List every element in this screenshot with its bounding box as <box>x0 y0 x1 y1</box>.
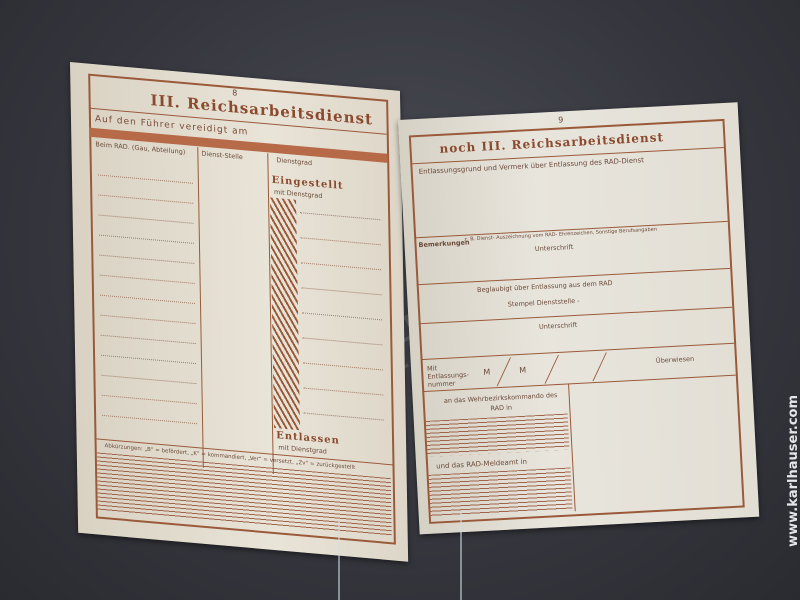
acrylic-stand-right <box>460 512 462 600</box>
left-page-number: 8 <box>232 88 237 97</box>
photo-scene: KARLHAUSER 8 III. Reichsarbeitsdienst Au… <box>0 0 800 600</box>
home-hatch <box>429 467 573 516</box>
discharge-no-label: Mit Entlassungs- nummer <box>427 362 478 389</box>
left-page: 8 III. Reichsarbeitsdienst Auf den Führe… <box>70 62 408 562</box>
rank-hatch-column <box>270 198 300 431</box>
right-page-number: 9 <box>558 115 564 124</box>
m-label-2: M <box>519 366 526 375</box>
right-page: 9 noch III. Reichsarbeitsdienst Entlassu… <box>398 102 759 534</box>
m-label-1: M <box>483 368 490 377</box>
acrylic-stand-left <box>338 520 340 600</box>
residence-hatch <box>426 414 570 457</box>
side-watermark: www.karlhauser.com <box>786 395 800 547</box>
